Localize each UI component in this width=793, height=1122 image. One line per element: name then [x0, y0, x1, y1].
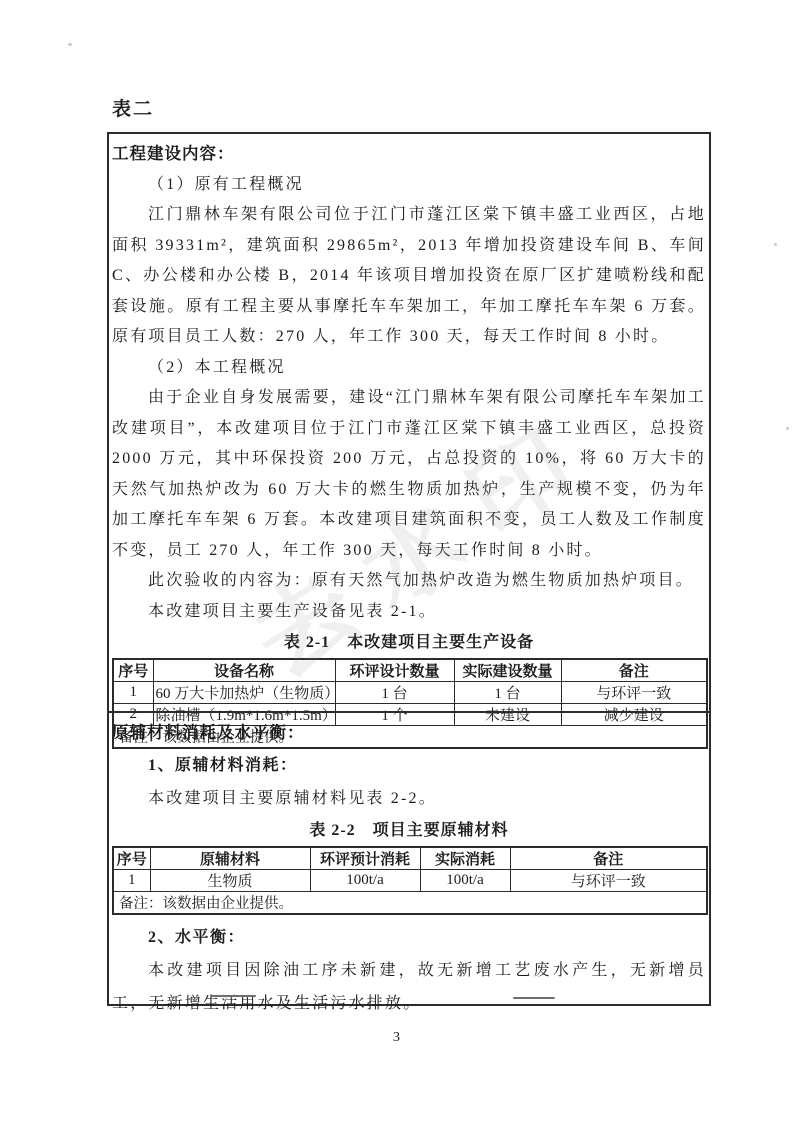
col-header-seq: 序号 [113, 659, 153, 682]
cell-seq: 1 [113, 870, 150, 892]
scan-dash-artifact [513, 997, 555, 999]
section1-title: 工程建设内容： [112, 139, 706, 170]
col-header-material: 原辅材料 [150, 847, 310, 870]
table-2-2-title: 表 2-2 项目主要原辅材料 [112, 818, 706, 844]
col-header-equipment-name: 设备名称 [153, 659, 335, 682]
table-header-row: 序号 设备名称 环评设计数量 实际建设数量 备注 [113, 659, 707, 682]
cell-material: 生物质 [150, 870, 310, 892]
paragraph-water-balance: 本改建项目因除油工序未新建，故无新增工艺废水产生，无新增员工，无新增生活用水及生… [112, 954, 706, 1020]
cell-actual-consumption: 100t/a [420, 870, 510, 892]
table-row: 1 60 万大卡加热炉（生物质） 1 台 1 台 与环评一致 [113, 682, 707, 704]
cell-eia-consumption: 100t/a [310, 870, 420, 892]
paragraph-original-project-overview: 江门鼎林车架有限公司位于江门市蓬江区棠下镇丰盛工业西区，占地面积 39331m²… [112, 200, 706, 353]
scan-dash-artifact [210, 995, 256, 997]
cell-seq: 1 [113, 682, 153, 704]
cell-equipment-name: 60 万大卡加热炉（生物质） [153, 682, 335, 704]
scan-speck [774, 243, 777, 246]
cell-remark: 与环评一致 [561, 682, 707, 704]
col-header-remark: 备注 [510, 847, 707, 870]
table-note-row: 备注：该数据由企业提供。 [113, 892, 707, 915]
table-header-row: 序号 原辅材料 环评预计消耗 实际消耗 备注 [113, 847, 707, 870]
section-materials-and-water-balance: 原辅材料消耗及水平衡： 1、原辅材料消耗： 本改建项目主要原辅材料见表 2-2。… [109, 711, 709, 1004]
cell-remark: 与环评一致 [510, 870, 707, 892]
sub-heading-water-balance: 2、水平衡： [112, 921, 706, 954]
col-header-actual-consumption: 实际消耗 [420, 847, 510, 870]
sub-heading-original-project: （1）原有工程概况 [112, 170, 706, 201]
table-two-label: 表二 [112, 94, 154, 121]
section-project-construction: 工程建设内容： （1）原有工程概况 江门鼎林车架有限公司位于江门市蓬江区棠下镇丰… [109, 134, 709, 749]
table-note: 备注：该数据由企业提供。 [113, 892, 707, 915]
col-header-eia-estimated-consumption: 环评预计消耗 [310, 847, 420, 870]
paragraph-acceptance-content: 此次验收的内容为：原有天然气加热炉改造为燃生物质加热炉项目。 [112, 566, 706, 597]
paragraph-see-table-2-1: 本改建项目主要生产设备见表 2-1。 [112, 597, 706, 628]
cell-actual-qty: 1 台 [454, 682, 561, 704]
section2-title: 原辅材料消耗及水平衡： [112, 716, 706, 749]
cell-eia-qty: 1 台 [335, 682, 454, 704]
table-2-2-raw-materials: 序号 原辅材料 环评预计消耗 实际消耗 备注 1 生物质 100t/a 100t… [112, 846, 708, 915]
sub-heading-material-consumption: 1、原辅材料消耗： [112, 749, 706, 782]
table-row: 1 生物质 100t/a 100t/a 与环评一致 [113, 870, 707, 892]
paragraph-this-project-overview: 由于企业自身发展需要，建设“江门鼎林车架有限公司摩托车车架加工改建项目”，本改建… [112, 383, 706, 566]
col-header-seq: 序号 [113, 847, 150, 870]
col-header-remark: 备注 [561, 659, 707, 682]
paragraph-see-table-2-2: 本改建项目主要原辅材料见表 2-2。 [112, 782, 706, 815]
sub-heading-this-project: （2）本工程概况 [112, 353, 706, 384]
page-number: 3 [0, 1030, 793, 1046]
col-header-eia-design-qty: 环评设计数量 [335, 659, 454, 682]
table-2-1-title: 表 2-1 本改建项目主要生产设备 [112, 630, 706, 656]
scan-speck [786, 427, 789, 430]
scan-speck [68, 43, 72, 46]
col-header-actual-built-qty: 实际建设数量 [454, 659, 561, 682]
content-border-box: 工程建设内容： （1）原有工程概况 江门鼎林车架有限公司位于江门市蓬江区棠下镇丰… [107, 132, 711, 1006]
scanned-document-page: 表二 工程建设内容： （1）原有工程概况 江门鼎林车架有限公司位于江门市蓬江区棠… [0, 0, 793, 1122]
